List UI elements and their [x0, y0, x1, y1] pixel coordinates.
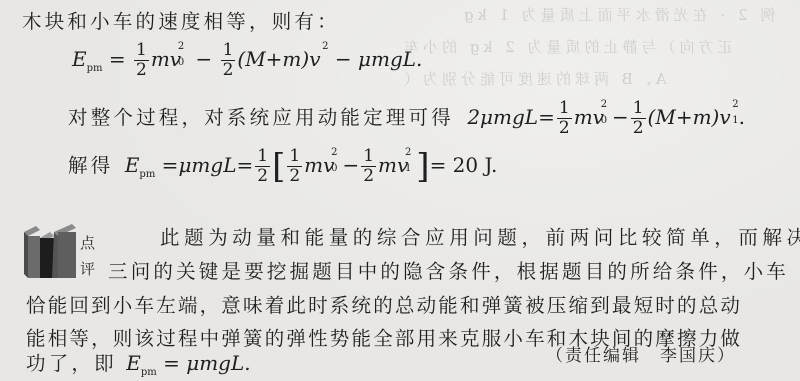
editor-credit: （责任编辑 李国庆） — [546, 341, 736, 366]
eq-term-text: (M+m)v — [237, 47, 320, 71]
books-icon: 点 评 — [18, 218, 106, 282]
eq-operator: − — [342, 153, 359, 177]
fraction-denominator: 2 — [257, 167, 268, 185]
fraction: 12 — [361, 148, 376, 185]
eq-term: mv20 — [574, 105, 612, 129]
fraction-numerator: 1 — [255, 148, 270, 167]
eq-term: mv20 — [151, 47, 189, 71]
eq-punctuation: . — [739, 105, 745, 129]
eq-subscript: 0 — [178, 57, 184, 68]
eq-term: mv21 — [378, 153, 416, 177]
eq-superscript: 2 — [331, 147, 337, 158]
eq-term: (M+m)v21 — [648, 105, 739, 129]
eq-subscript: pm — [141, 367, 157, 378]
eq-operator: − — [195, 47, 212, 71]
fraction: 12 — [134, 42, 149, 79]
fraction-numerator: 1 — [287, 148, 302, 167]
fraction-denominator: 2 — [289, 167, 300, 185]
eq-superscript: 2 — [178, 41, 184, 52]
commentary-line-5-text: 功了，即 — [26, 352, 117, 375]
eq-term-text: mv — [304, 153, 334, 177]
eq-operator: − — [335, 47, 352, 71]
right-bracket: ] — [416, 147, 429, 187]
eq-term: 2μmgL — [467, 105, 538, 129]
eq-superscript: 2 — [732, 99, 738, 110]
fraction-denominator: 2 — [363, 167, 374, 185]
eq-term: μmgL. — [358, 47, 422, 71]
fraction: 12 — [557, 100, 572, 137]
commentary-line-1: 此题为动量和能量的综合应用问题，前两问比较简单，而解决第 — [160, 222, 800, 250]
fraction-denominator: 2 — [223, 61, 234, 79]
fraction-numerator: 1 — [361, 148, 376, 167]
eq-superscript: 2 — [601, 99, 607, 110]
eq-term-text: mv — [574, 105, 604, 129]
eq-operator: − — [612, 105, 629, 129]
fraction-numerator: 1 — [557, 100, 572, 119]
fraction: 12 — [255, 148, 270, 185]
left-bracket: [ — [272, 147, 285, 187]
eq-term-text: mv — [151, 47, 181, 71]
equation-3: Epm =μmgL=12[12mv20−12mv21]= 20 J. — [125, 153, 498, 177]
fraction-numerator: 1 — [221, 42, 236, 61]
eq-term: = μmgL. — [163, 351, 251, 375]
fraction-denominator: 2 — [633, 119, 644, 137]
eq-superscript: 2 — [322, 41, 328, 52]
eq-superscript: 2 — [405, 147, 411, 158]
solution-line-3-text: 解得 — [68, 154, 113, 177]
equation-2: 2μmgL=12mv20−12(M+m)v21. — [467, 105, 745, 129]
eq-operator: = — [538, 105, 555, 129]
eq-term: mv20 — [304, 153, 342, 177]
eq-term-text: mv — [378, 153, 408, 177]
eq-result: = 20 J. — [430, 153, 498, 177]
commentary-line-5: 功了，即 Epm = μmgL. — [26, 348, 251, 378]
eq-symbol: E — [72, 47, 87, 71]
eq-subscript: 0 — [601, 115, 607, 126]
solution-line-2: 对整个过程，对系统应用动能定理可得 2μmgL=12mv20−12(M+m)v2… — [68, 100, 745, 137]
fraction-numerator: 1 — [631, 100, 646, 119]
show-through-text: 正方向）与静止的质量为 2 kg 的小车 — [400, 36, 733, 57]
eq-symbol: E — [126, 351, 141, 375]
comment-label: 评 — [80, 260, 95, 278]
equation-1: Epm = 12mv20 − 12(M+m)v2 − μmgL. — [72, 42, 422, 79]
comment-label: 点 — [80, 234, 96, 252]
fraction-numerator: 1 — [134, 42, 149, 61]
show-through-text: 例 2 · 在光滑水平面上质量为 1 kg — [460, 4, 775, 25]
equation-4: Epm = μmgL. — [126, 351, 250, 375]
solution-line-1: 木块和小车的速度相等，则有： — [22, 6, 340, 34]
scanned-page: 例 2 · 在光滑水平面上质量为 1 kg 正方向）与静止的质量为 2 kg 的… — [0, 0, 800, 381]
eq-term-text: (M+m)v — [648, 105, 731, 129]
fraction-denominator: 2 — [136, 61, 147, 79]
eq-subscript: pm — [139, 169, 155, 180]
eq-symbol: E — [125, 153, 140, 177]
solution-line-3: 解得 Epm =μmgL=12[12mv20−12mv21]= 20 J. — [68, 148, 497, 185]
eq-subscript: 1 — [732, 115, 738, 126]
solution-line-2-text: 对整个过程，对系统应用动能定理可得 — [68, 106, 454, 129]
eq-term: (M+m)v2 — [237, 47, 328, 71]
fraction: 12 — [221, 42, 236, 79]
commentary-line-3: 恰能回到小车左端，意味着此时系统的总动能和弹簧被压缩到最短时的总动 — [26, 290, 742, 318]
fraction: 12 — [631, 100, 646, 137]
eq-term: μmgL — [178, 153, 236, 177]
eq-subscript: pm — [87, 63, 103, 74]
eq-subscript: 1 — [405, 163, 411, 174]
show-through-text: A、B 两球的速度可能分别为（ — [400, 68, 667, 89]
eq-operator: = — [109, 47, 126, 71]
commentary-line-2: 三问的关键是要挖掘题目中的隐含条件，根据题目的所给条件，小车 — [108, 256, 789, 284]
fraction: 12 — [287, 148, 302, 185]
fraction-denominator: 2 — [559, 119, 570, 137]
eq-operator: = — [162, 153, 179, 177]
eq-operator: = — [236, 153, 253, 177]
eq-subscript: 0 — [331, 163, 337, 174]
